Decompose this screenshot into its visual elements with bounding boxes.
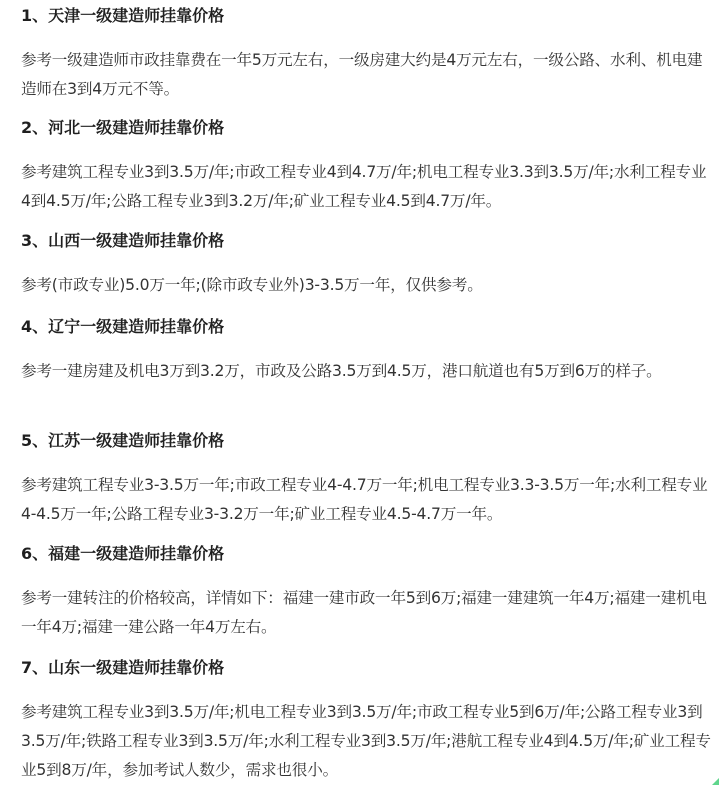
section-title: 6、福建一级建造师挂靠价格 xyxy=(21,542,711,566)
section-jiangsu: 5、江苏一级建造师挂靠价格 参考建筑工程专业3-3.5万一年;市政工程专业4-4… xyxy=(21,429,711,529)
section-title: 5、江苏一级建造师挂靠价格 xyxy=(21,429,711,453)
section-fujian: 6、福建一级建造师挂靠价格 参考一建转注的价格较高，详情如下：福建一建市政一年5… xyxy=(21,542,711,642)
section-title: 3、山西一级建造师挂靠价格 xyxy=(21,229,711,253)
section-body: 参考一级建造师市政挂靠费在一年5万元左右，一级房建大约是4万元左右，一级公路、水… xyxy=(21,46,711,104)
section-title: 2、河北一级建造师挂靠价格 xyxy=(21,116,711,140)
section-title: 1、天津一级建造师挂靠价格 xyxy=(21,4,711,28)
section-body: 参考(市政专业)5.0万一年;(除市政专业外)3-3.5万一年，仅供参考。 xyxy=(21,271,711,300)
section-title: 7、山东一级建造师挂靠价格 xyxy=(21,656,711,680)
section-shandong: 7、山东一级建造师挂靠价格 参考建筑工程专业3到3.5万/年;机电工程专业3到3… xyxy=(21,656,711,785)
section-body: 参考建筑工程专业3-3.5万一年;市政工程专业4-4.7万一年;机电工程专业3.… xyxy=(21,471,711,529)
section-body: 参考一建转注的价格较高，详情如下：福建一建市政一年5到6万;福建一建建筑一年4万… xyxy=(21,584,711,642)
section-liaoning: 4、辽宁一级建造师挂靠价格 参考一建房建及机电3万到3.2万，市政及公路3.5万… xyxy=(21,315,711,386)
section-body: 参考建筑工程专业3到3.5万/年;市政工程专业4到4.7万/年;机电工程专业3.… xyxy=(21,158,711,216)
section-tianjin: 1、天津一级建造师挂靠价格 参考一级建造师市政挂靠费在一年5万元左右，一级房建大… xyxy=(21,4,711,104)
section-body: 参考一建房建及机电3万到3.2万，市政及公路3.5万到4.5万，港口航道也有5万… xyxy=(21,357,711,386)
section-body: 参考建筑工程专业3到3.5万/年;机电工程专业3到3.5万/年;市政工程专业5到… xyxy=(21,698,711,785)
section-hebei: 2、河北一级建造师挂靠价格 参考建筑工程专业3到3.5万/年;市政工程专业4到4… xyxy=(21,116,711,216)
section-shanxi: 3、山西一级建造师挂靠价格 参考(市政专业)5.0万一年;(除市政专业外)3-3… xyxy=(21,229,711,300)
corner-triangle-icon xyxy=(712,778,719,785)
section-title: 4、辽宁一级建造师挂靠价格 xyxy=(21,315,711,339)
